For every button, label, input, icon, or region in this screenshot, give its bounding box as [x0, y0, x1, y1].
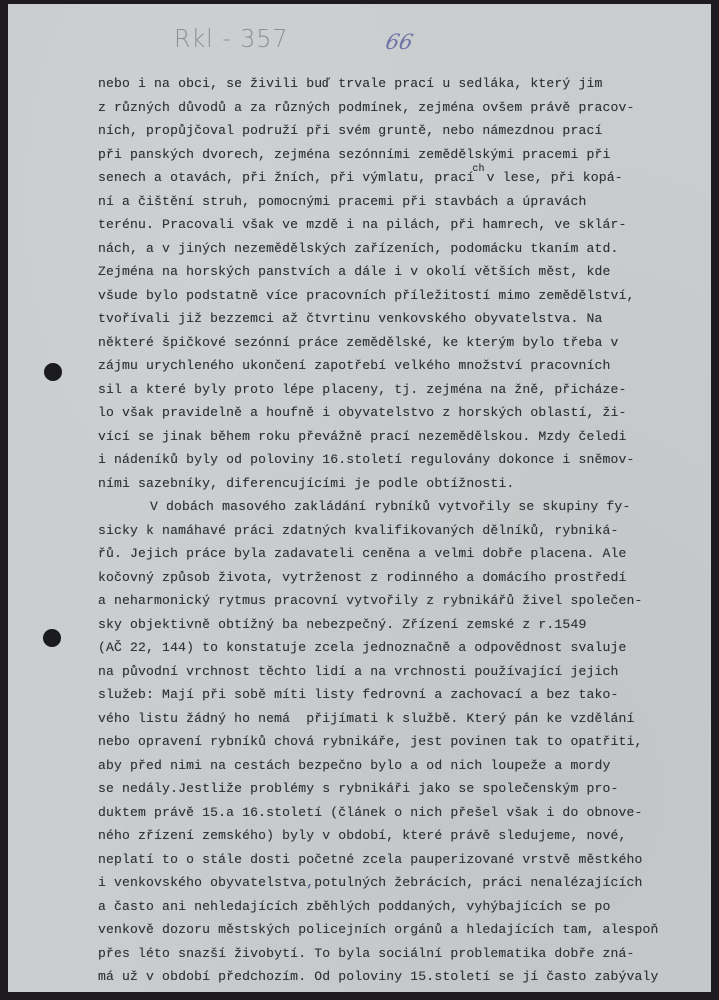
text-line: aby před nimi na cestách bezpečno bylo a…: [98, 754, 710, 778]
text-line: řů. Jejich práce byla zadavateli ceněna …: [98, 542, 710, 566]
typewritten-body: nebo i na obci, se živili buď trvale pra…: [98, 72, 710, 989]
text-line: ného zřízení zemského) byly v období, kt…: [98, 824, 710, 848]
text-line: nebo i na obci, se živili buď trvale pra…: [98, 72, 710, 96]
text-line: duktem právě 15.a 16.století (článek o n…: [98, 801, 710, 825]
text-line: přes léto snazší živobytí. To byla sociá…: [98, 942, 710, 966]
text-line: lo však pravidelně a houfně i obyvatelst…: [98, 401, 710, 425]
text-line: (AČ 22, 144) to konstatuje zcela jednozn…: [98, 636, 710, 660]
punch-hole-icon: [43, 629, 61, 647]
text-line: z různých důvodů a za různých podmínek, …: [98, 96, 710, 120]
text-line: se nedály.Jestliže problémy s rybnikáři …: [98, 777, 710, 801]
text-line: i nádeníků byly od poloviny 16.století r…: [98, 448, 710, 472]
text-line: nebo opravení rybníků chová rybnikáře, j…: [98, 730, 710, 754]
text-line: zájmu urychleného ukončení zapotřebí vel…: [98, 354, 710, 378]
text-line: na původní vrchnost těchto lidí a na vrc…: [98, 660, 710, 684]
text-line: sicky k namáhavé práci zdatných kvalifik…: [98, 519, 710, 543]
text-line: V dobách masového zakládání rybníků vytv…: [98, 495, 710, 519]
text-line: vého listu žádný ho nemá přijímati k slu…: [98, 707, 710, 731]
text-line: senech a otavách, při žních, při výmlatu…: [98, 166, 710, 190]
text-line: sil a které byly proto lépe placeny, tj.…: [98, 378, 710, 402]
text-line: všude bylo podstatně více pracovních pří…: [98, 284, 710, 308]
text-line: venkově dozoru městských policejních org…: [98, 918, 710, 942]
text-line: terénu. Pracovali však ve mzdě i na pilá…: [98, 213, 710, 237]
text-line: má už v období předchozím. Od poloviny 1…: [98, 965, 710, 989]
text-line: při panských dvorech, zejména sezónními …: [98, 143, 710, 167]
text-line: nách, a v jiných nezemědělských zařízení…: [98, 237, 710, 261]
text-line: ní a čištění struh, pomocnými pracemi př…: [98, 190, 710, 214]
handwritten-page-number: 66: [383, 30, 415, 54]
text-line: i venkovského obyvatelstva,potulných žeb…: [98, 871, 710, 895]
text-line: ních, propůjčoval podruží při svém grunt…: [98, 119, 710, 143]
text-line: a často ani nehledajících zběhlých podda…: [98, 895, 710, 919]
text-line: tvořívali již bezzemci až čtvrtinu venko…: [98, 307, 710, 331]
text-line: některé špičkové sezónní práce zemědělsk…: [98, 331, 710, 355]
text-line: a neharmonický rytmus pracovní vytvořily…: [98, 589, 710, 613]
text-line: neplatí to o stále dosti početné zcela p…: [98, 848, 710, 872]
text-line: sky objektivně obtížný ba nebezpečný. Zř…: [98, 613, 710, 637]
text-line: vící se jinak během roku převážně prací …: [98, 425, 710, 449]
text-line: služeb: Mají při sobě míti listy fedrovn…: [98, 683, 710, 707]
archive-signature: Rkl - 357: [174, 24, 288, 53]
text-line: ními sazebníky, diferencujícími je podle…: [98, 472, 710, 496]
text-line: kočovný způsob života, vytrženost z rodi…: [98, 566, 710, 590]
handwritten-insert: ch: [472, 164, 484, 175]
text-line: Zejména na horských panstvích a dále i v…: [98, 260, 710, 284]
punch-hole-icon: [44, 363, 62, 381]
